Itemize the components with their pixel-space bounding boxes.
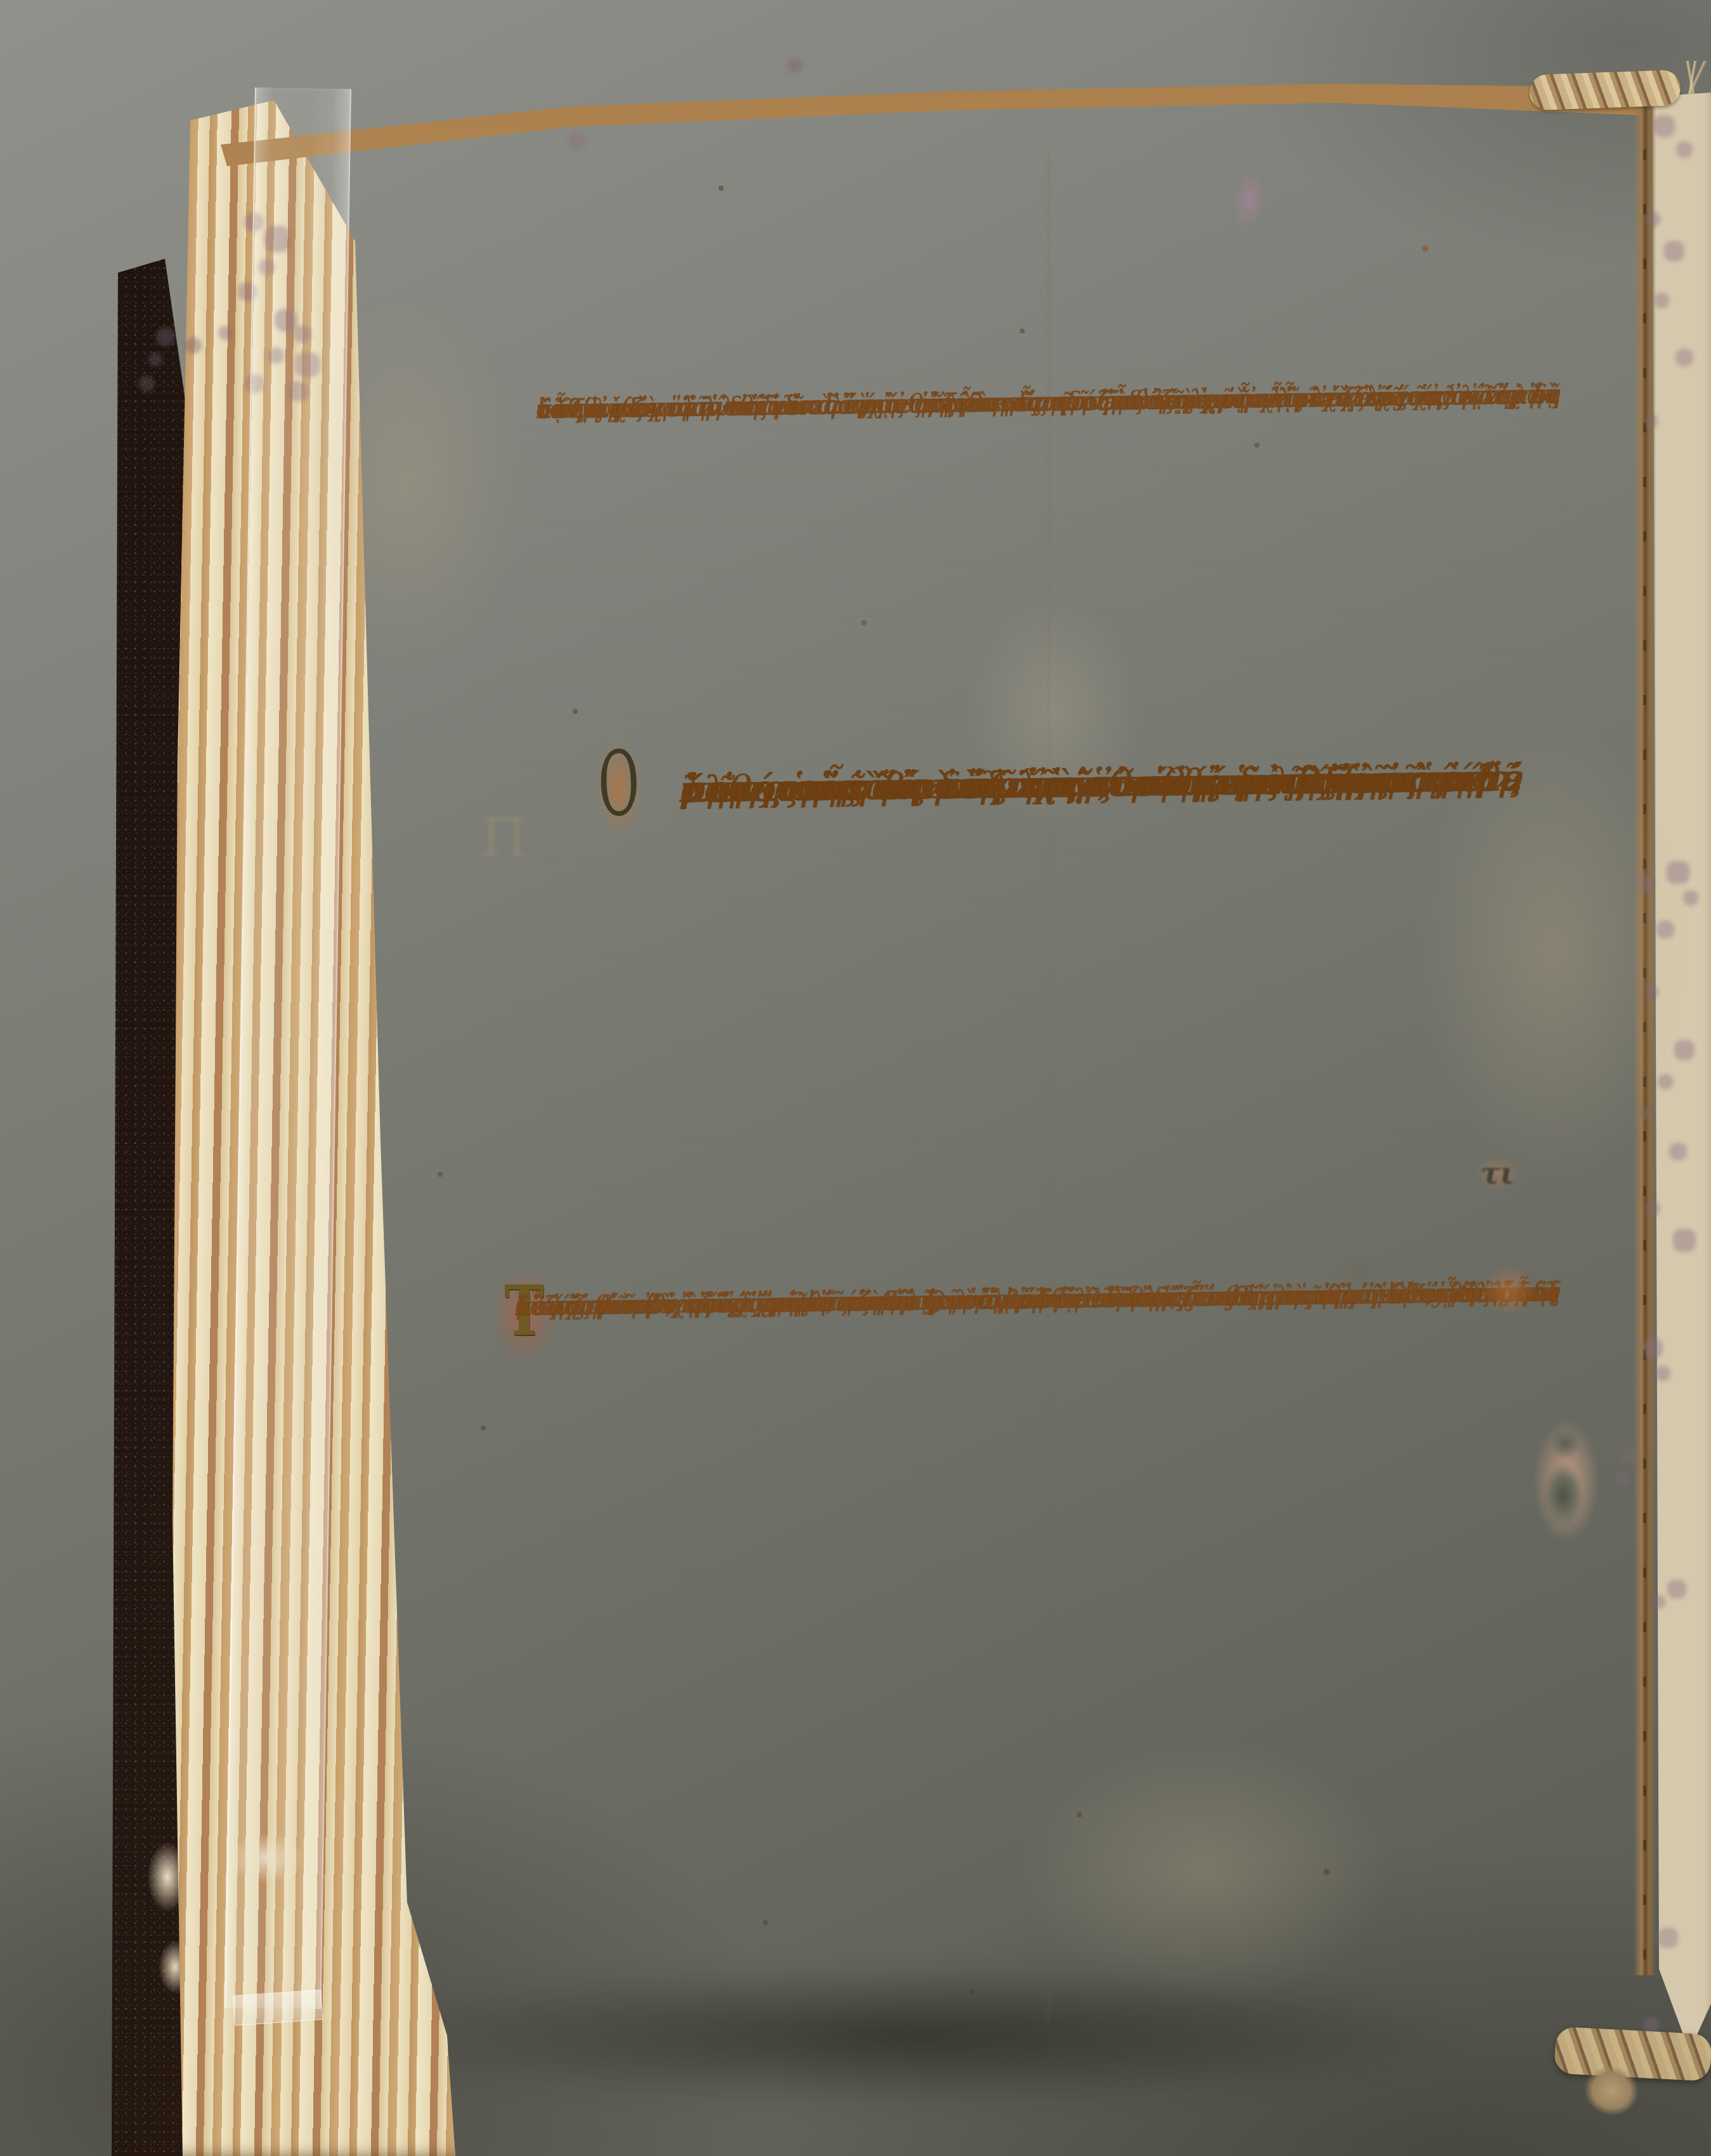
rust-smudge: [1481, 1263, 1536, 1316]
manuscript-photo: Π ὅ τι ὁ ψ ἄν ἀκρίτως αὐτὸ ὄψητες · οὗτο…: [0, 0, 1711, 2156]
headband-cord: [1529, 70, 1681, 110]
ink-showthrough-mark: Π: [481, 807, 550, 876]
ruling-lines: [498, 368, 1589, 1758]
gray-smudge: [1337, 1257, 1377, 1290]
initial-letter-omicron: Ο: [594, 733, 645, 843]
margin-smudge-mark: τι: [1475, 1155, 1519, 1191]
ink-specks: [0, 0, 3, 3]
conservation-tape-end: [232, 1989, 323, 2026]
headband-frayed-threads: [1674, 61, 1711, 94]
tailband-cord: [1554, 2027, 1711, 2082]
mold-blot-core: [1544, 1464, 1583, 1527]
